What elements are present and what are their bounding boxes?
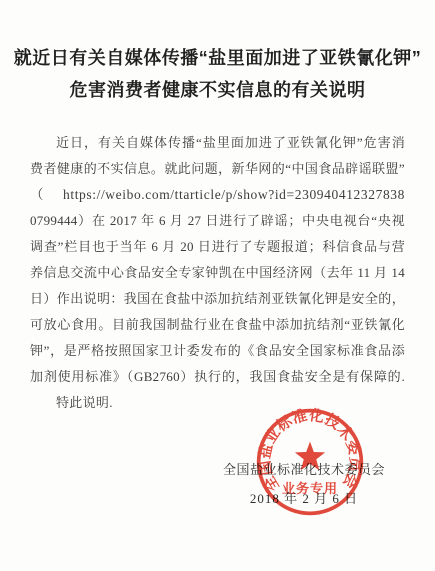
title-line-2: 危害消费者健康不实信息的有关说明: [0, 74, 435, 106]
body-line: 0799444）在 2017 年 6 月 27 日进行了辟谣；中央电视台“央视: [30, 208, 405, 234]
document-page: 就近日有关自媒体传播“盐里面加进了亚铁氰化钾” 危害消费者健康不实信息的有关说明…: [0, 0, 435, 571]
body-line: 日）作出说明：我国在食盐中添加抗结剂亚铁氰化钾是安全的，: [30, 286, 405, 312]
title-line-1: 就近日有关自媒体传播“盐里面加进了亚铁氰化钾”: [0, 42, 435, 74]
body-line: 调查”栏目也于当年 6 月 20 日进行了专题报道；科信食品与营: [30, 234, 405, 260]
signature-org: 全国盐业标准化技术委员会: [223, 461, 385, 479]
body-line: 加剂使用标准》（GB2760）执行的，我国食盐安全是有保障的.: [30, 364, 405, 390]
body-line: 钾”，是严格按照国家卫计委发布的《食品安全国家标准食品添: [30, 338, 405, 364]
signature-block: 全国盐业标准化技术委员会 2018 年 2 月 6 日: [223, 461, 385, 508]
signature-date: 2018 年 2 月 6 日: [223, 490, 385, 508]
body-line: 可放心食用。目前我国制盐行业在食盐中添加抗结剂“亚铁氰化: [30, 312, 405, 338]
body-line: 近日，有关自媒体传播“盐里面加进了亚铁氰化钾”危害消: [30, 130, 405, 156]
body-line: 特此说明.: [30, 390, 405, 416]
document-title: 就近日有关自媒体传播“盐里面加进了亚铁氰化钾” 危害消费者健康不实信息的有关说明: [0, 42, 435, 106]
body-line: 费者健康的不实信息。就此问题，新华网的“中国食品辟谣联盟”: [30, 156, 405, 182]
body-line: （https://weibo.com/ttarticle/p/show?id=2…: [30, 182, 405, 208]
document-body: 近日，有关自媒体传播“盐里面加进了亚铁氰化钾”危害消费者健康的不实信息。就此问题…: [30, 130, 405, 416]
body-line: 养信息交流中心食品安全专家钟凯在中国经济网（去年 11 月 14: [30, 260, 405, 286]
